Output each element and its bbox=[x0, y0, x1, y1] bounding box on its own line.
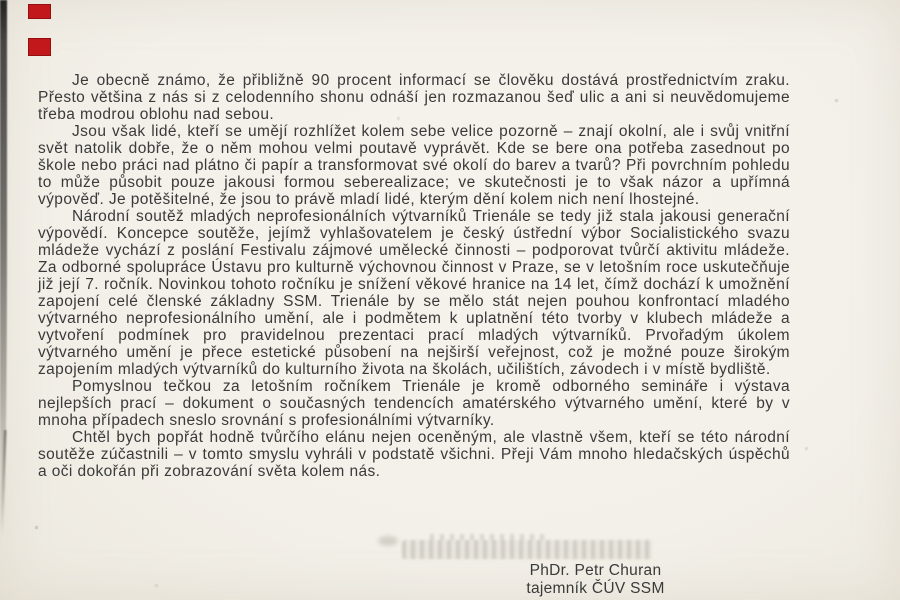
paragraph-3: Národní soutěž mladých neprofesionálních… bbox=[38, 208, 790, 378]
paragraph-2: Jsou však lidé, kteří se umějí rozhlížet… bbox=[38, 123, 790, 208]
signature-block: PhDr. Petr Churan tajemník ČÚV SSM bbox=[498, 562, 693, 598]
paper-specks bbox=[0, 0, 1, 1]
scanned-page: Je obecně známo, že přibližně 90 procent… bbox=[0, 0, 900, 600]
red-marker-bottom bbox=[28, 38, 51, 56]
paragraph-4: Pomyslnou tečkou za letošním ročníkem Tr… bbox=[38, 378, 790, 429]
red-marker-top bbox=[28, 4, 51, 19]
smudge-artifact bbox=[378, 536, 398, 546]
document-body: Je obecně známo, že přibližně 90 procent… bbox=[38, 72, 790, 480]
ghost-text-artifact-upper bbox=[430, 534, 550, 540]
ghost-text-artifact bbox=[402, 540, 652, 559]
signature-name: PhDr. Petr Churan bbox=[498, 562, 693, 580]
signature-title: tajemník ČÚV SSM bbox=[498, 580, 693, 598]
paragraph-1: Je obecně známo, že přibližně 90 procent… bbox=[38, 72, 790, 123]
paragraph-5: Chtěl bych popřát hodně tvůrčího elánu n… bbox=[38, 429, 790, 480]
